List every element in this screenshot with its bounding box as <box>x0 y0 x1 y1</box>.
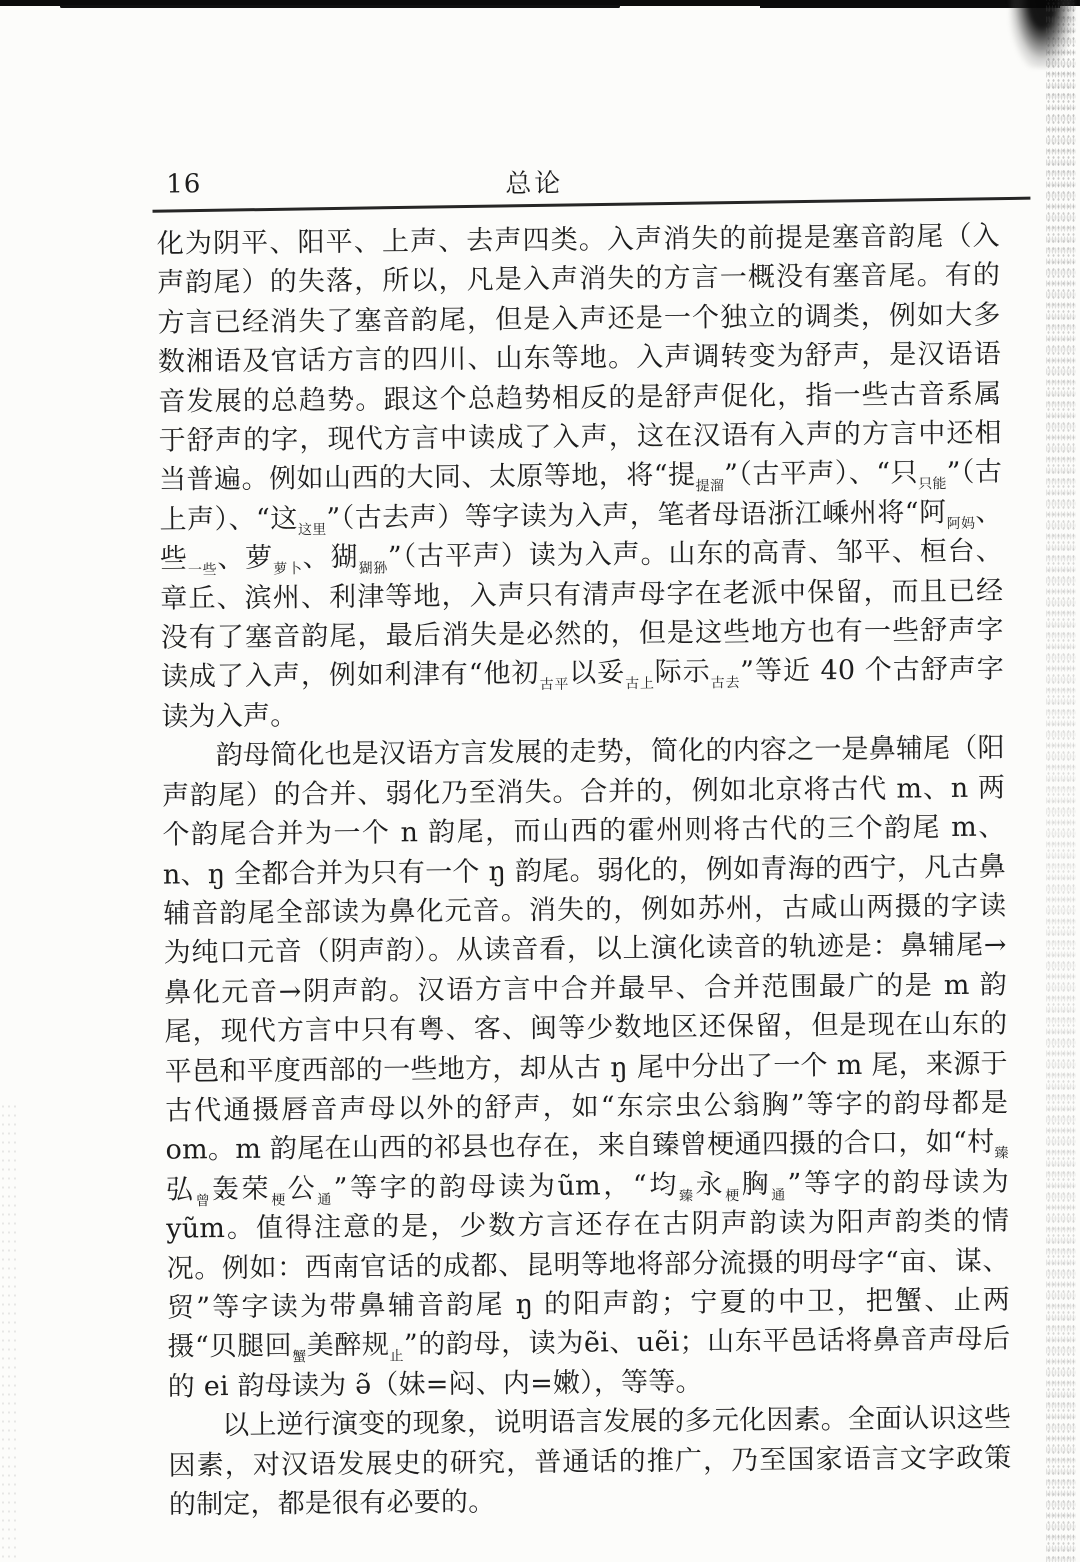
scanned-book-page: 16 总论 化为阴平、阳平、上声、去声四类。入声消失的前提是塞音韵尾（入声韵尾）… <box>0 0 1080 1562</box>
gloss-subscript: 猢狲 <box>358 561 388 577</box>
gloss-subscript: 梗 <box>725 1188 742 1204</box>
gloss-subscript: 只能 <box>918 477 947 493</box>
gloss-subscript: 古上 <box>625 676 655 692</box>
gloss-subscript: 古去 <box>711 676 741 692</box>
paragraph-tone-evolution: 化为阴平、阳平、上声、去声四类。入声消失的前提是塞音韵尾（入声韵尾）的失落，所以… <box>157 217 1005 737</box>
gloss-subscript: 这里 <box>298 522 327 538</box>
paragraph-conclusion: 以上逆行演变的现象，说明语言发展的多元化因素。全面认识这些因素，对汉语发展史的研… <box>168 1399 1012 1525</box>
gloss-subscript: 一些 <box>188 562 218 578</box>
paragraph-rime-simplification: 韵母简化也是汉语方言发展的走势，简化的内容之一是鼻辅尾（阳声韵尾）的合并、弱化乃… <box>162 729 1011 1407</box>
page-content: 16 总论 化为阴平、阳平、上声、去声四类。入声消失的前提是塞音韵尾（入声韵尾）… <box>0 0 1080 1562</box>
gloss-subscript: 萝卜 <box>273 562 303 578</box>
gloss-subscript: 梗 <box>271 1192 288 1208</box>
gloss-subscript: 止 <box>390 1349 405 1365</box>
gloss-subscript: 通 <box>317 1192 334 1208</box>
gloss-subscript: 提溜 <box>696 479 725 495</box>
gloss-subscript: 蟹 <box>292 1350 307 1366</box>
gloss-subscript: 通 <box>771 1187 788 1203</box>
gloss-subscript: 古平 <box>540 677 570 693</box>
body-text-block: 化为阴平、阳平、上声、去声四类。入声消失的前提是塞音韵尾（入声韵尾）的失落，所以… <box>157 217 1012 1525</box>
gloss-subscript: 臻 <box>679 1188 696 1204</box>
gloss-subscript: 臻 <box>995 1146 1009 1162</box>
gloss-subscript: 曾 <box>196 1193 213 1209</box>
gloss-subscript: 阿妈 <box>947 516 976 532</box>
